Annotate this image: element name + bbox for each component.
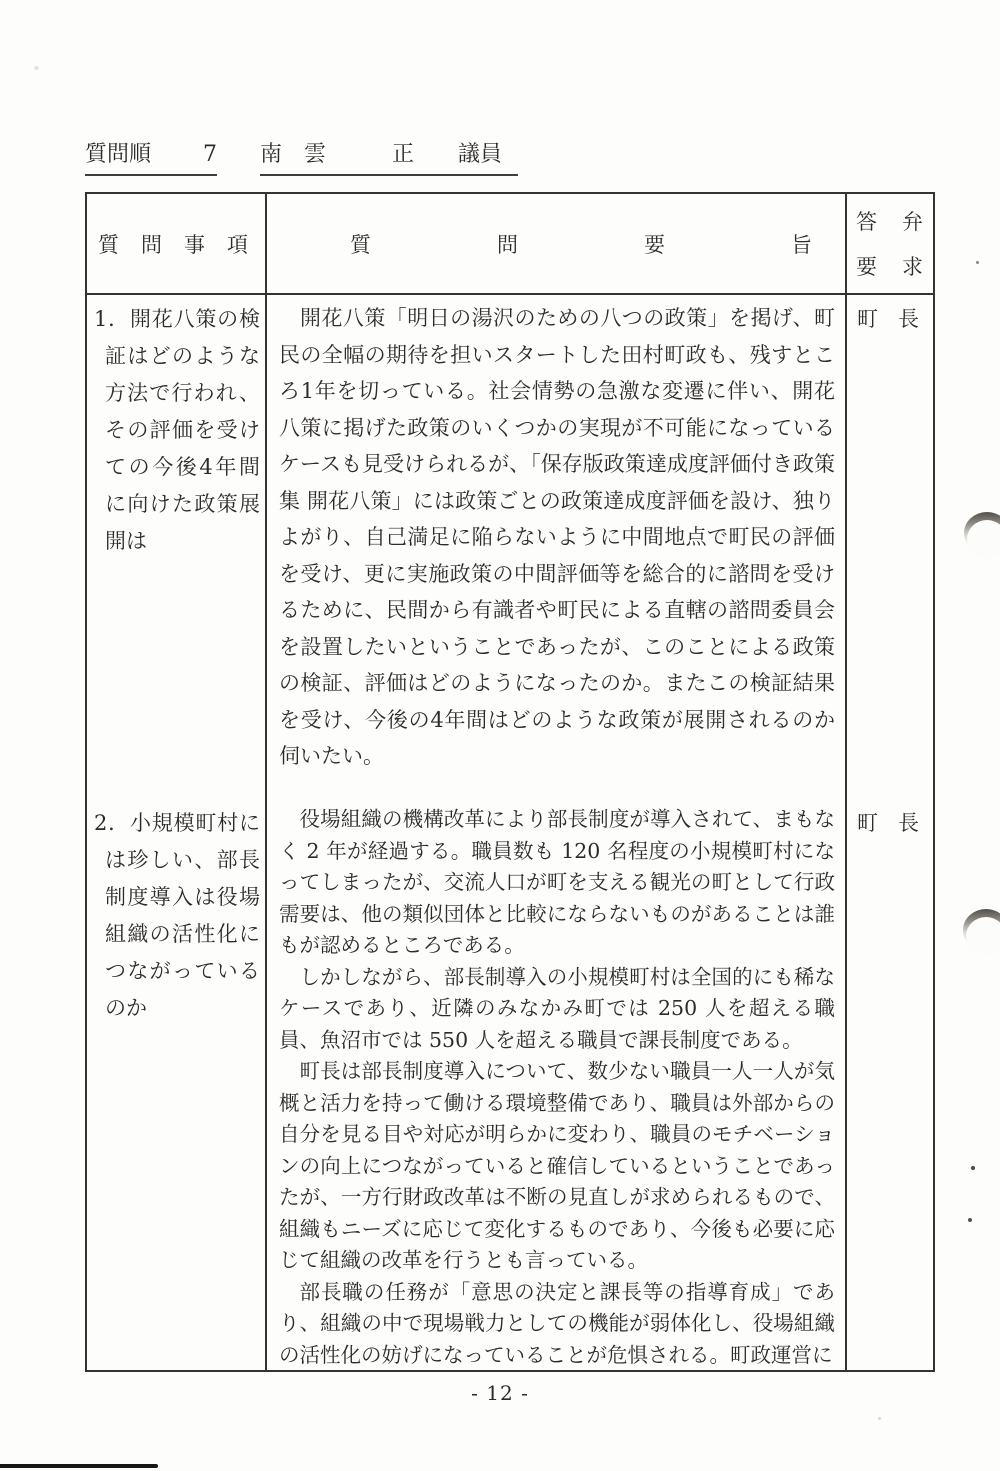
header-char: 項 [227,229,248,259]
question-1-number: 1． [94,307,130,331]
respondent-char: 長 [898,303,919,333]
question-items-column: 1．開花八策の検証はどのような方法で行われ、その評価を受けての今後4年間に向けた… [87,295,267,1370]
ink-speck [976,261,979,264]
header-char: 求 [902,251,923,281]
question-table: 質 問 事 項 質 問 要 旨 答 弁 要 求 [85,192,935,1372]
question-2-number: 2． [94,811,130,835]
ink-speck [34,66,39,70]
header-char: 問 [497,229,518,259]
question-2-item-text: 小規模町村には珍しい、部長制度導入は役場組織の活性化につながっているのか [105,811,260,1020]
summary-paragraph: 部長職の任務が「意思の決定と課長等の指導育成」であり、組織の中で現場戦力としての… [279,1277,835,1372]
question-order-heading: 質問順 7 [85,137,217,176]
summary-paragraph: しかしながら、部長制導入の小規模町村は全国的にも稀なケースであり、近隣のみなかみ… [279,962,835,1057]
question-order-label: 質問順 [85,137,151,168]
respondent-char: 町 [857,303,878,333]
question-1-summary: 開花八策「明日の湯沢のための八つの政策」を掲げ、町民の全幅の期待を担いスタートし… [279,300,835,775]
header-char: 事 [184,229,205,259]
member-name: 南 雲 正 議員 [260,137,518,176]
header-char: 質 [350,229,371,259]
question-2-respondent: 町 長 [857,807,919,837]
header-char: 質 [98,229,119,259]
ink-speck [968,1218,972,1222]
question-2-item: 2．小規模町村には珍しい、部長制度導入は役場組織の活性化につながっているのか [87,805,260,1027]
summary-paragraph: 開花八策「明日の湯沢のための八つの政策」を掲げ、町民の全幅の期待を担いスタートし… [279,300,835,775]
summary-paragraph: 町長は部長制度導入について、数少ない職員一人一人が気概と活力を持って働ける環境整… [279,1056,835,1277]
question-summary-column: 開花八策「明日の湯沢のための八つの政策」を掲げ、町民の全幅の期待を担いスタートし… [267,295,847,1370]
ink-speck [971,1166,975,1170]
header-char: 答 [856,206,877,236]
question-order-number: 7 [203,142,217,167]
header-char: 要 [644,229,665,259]
question-2-summary: 役場組織の機構改革により部長制度が導入されて、まもなく 2 年が経過する。職員数… [279,804,835,1371]
header-char: 要 [856,251,877,281]
header-line: 要 求 [856,251,923,281]
ink-speck [878,1417,881,1420]
question-1-respondent: 町 長 [857,303,919,333]
scanned-document-page: 質問順 7 南 雲 正 議員 質 問 事 項 質 問 要 旨 答 弁 [0,0,1000,1471]
question-1-item: 1．開花八策の検証はどのような方法で行われ、その評価を受けての今後4年間に向けた… [87,301,260,560]
respondent-char: 町 [857,807,878,837]
column-header-question-summary: 質 問 要 旨 [267,194,847,293]
header-char: 弁 [902,206,923,236]
column-header-answer-request: 答 弁 要 求 [847,194,933,293]
column-header-question-items: 質 問 事 項 [87,194,267,293]
page-number: - 12 - [0,1381,1000,1405]
scan-artifact-bar [0,1464,158,1468]
respondent-char: 長 [898,807,919,837]
scan-artifact-curl [964,512,1000,554]
question-1-item-text: 開花八策の検証はどのような方法で行われ、その評価を受けての今後4年間に向けた政策… [105,307,260,553]
scan-artifact-curl [963,909,1000,951]
header-char: 問 [141,229,162,259]
answer-request-column: 町 長 町 長 [847,295,933,1370]
header-line: 答 弁 [856,206,923,236]
header-char: 旨 [791,229,812,259]
table-body: 1．開花八策の検証はどのような方法で行われ、その評価を受けての今後4年間に向けた… [87,295,933,1370]
table-header-row: 質 問 事 項 質 問 要 旨 答 弁 要 求 [87,194,933,295]
summary-paragraph: 役場組織の機構改革により部長制度が導入されて、まもなく 2 年が経過する。職員数… [279,804,835,962]
